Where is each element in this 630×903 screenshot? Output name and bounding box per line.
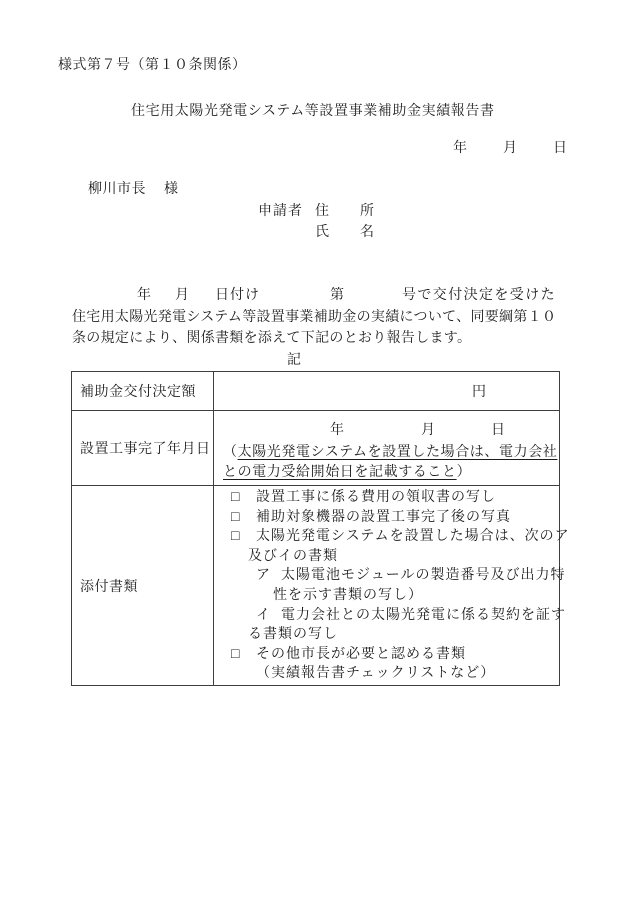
addressee-name: 柳川市長	[88, 178, 146, 198]
body-date-day-label: 日付け	[215, 284, 260, 304]
checkbox-glyph: □	[231, 645, 256, 665]
subitem-kana-label: イ	[256, 606, 281, 626]
checklist-continuation-line: （実績報告書チェックリストなど）	[214, 664, 570, 684]
attachment-checklist: □設置工事に係る費用の領収書の写し□補助対象機器の設置工事完了後の写真□太陽光発…	[214, 486, 570, 685]
amount-unit-label: 円	[472, 381, 487, 401]
paren-open: （	[223, 445, 238, 460]
record-mark: 記	[287, 349, 302, 369]
header-date-month-label: 月	[503, 137, 518, 157]
table-row-grant-amount: 補助金交付決定額 円	[72, 372, 559, 411]
checklist-item-text: その他市長が必要と認める書類	[256, 647, 466, 662]
body-line2-text: 住宅用太陽光発電システム等設置事業補助金の実績について、同要綱第１０	[72, 306, 556, 326]
checklist-item-text: （実績報告書チェックリストなど）	[256, 666, 495, 681]
table-row-completion-date: 設置工事完了年月日 年 月 日 （太陽光発電システムを設置した場合は、電力会社 …	[72, 411, 559, 486]
checkbox-glyph: □	[231, 527, 256, 547]
completion-note-line2: との電力受給開始日を記載すること）	[223, 461, 471, 481]
checklist-continuation-line: る書類の写し	[214, 625, 570, 645]
paren-close: ）	[457, 465, 472, 480]
table-row-attachments: 添付書類 □設置工事に係る費用の領収書の写し□補助対象機器の設置工事完了後の写真…	[72, 486, 559, 685]
checklist-continuation-line: 性を示す書類の写し）	[214, 586, 570, 606]
checklist-item: □その他市長が必要と認める書類	[214, 645, 570, 665]
document-page: 様式第７号（第１０条関係） 住宅用太陽光発電システム等設置事業補助金実績報告書 …	[0, 0, 630, 903]
addressee-honorific: 様	[164, 178, 179, 198]
body-line3-text: 条の規定により、関係書類を添えて下記のとおり報告します。	[72, 327, 471, 347]
checklist-item-text: 電力会社との太陽光発電に係る契約を証す	[281, 608, 566, 623]
checklist-item-text: 性を示す書類の写し）	[273, 588, 423, 603]
checklist-item: □太陽光発電システムを設置した場合は、次のア	[214, 527, 570, 547]
applicant-label: 申請者	[258, 200, 303, 220]
report-table: 補助金交付決定額 円 設置工事完了年月日 年 月 日 （太陽光発電システムを設置…	[71, 371, 560, 686]
row-label-grant-amount: 補助金交付決定額	[72, 372, 214, 410]
form-number: 様式第７号（第１０条関係）	[58, 54, 247, 74]
checklist-item-text: 太陽光発電システムを設置した場合は、次のア	[256, 529, 570, 544]
applicant-name-label-2: 名	[360, 221, 375, 241]
body-number-prefix: 第	[330, 284, 345, 304]
applicant-address-label-2: 所	[360, 200, 375, 220]
checklist-subitem: ア太陽電池モジュールの製造番号及び出力特	[214, 566, 570, 586]
page-title: 住宅用太陽光発電システム等設置事業補助金実績報告書	[131, 100, 495, 120]
checklist-item-text: 補助対象機器の設置工事完了後の写真	[256, 510, 511, 525]
completion-day-label: 日	[491, 419, 506, 439]
applicant-address-label-1: 住	[315, 200, 330, 220]
note-underlined-2: との電力受給開始日を記載すること	[223, 465, 457, 480]
checklist-item: □補助対象機器の設置工事完了後の写真	[214, 508, 570, 528]
checklist-item-text: 太陽電池モジュールの製造番号及び出力特	[281, 568, 565, 583]
row-label-attachments: 添付書類	[72, 486, 214, 685]
checklist-subitem: イ電力会社との太陽光発電に係る契約を証す	[214, 606, 570, 626]
cell-completion-date: 年 月 日 （太陽光発電システムを設置した場合は、電力会社 との電力受給開始日を…	[214, 411, 559, 485]
completion-year-label: 年	[330, 419, 345, 439]
checklist-continuation-line: 及びイの書類	[214, 547, 570, 567]
header-date-day-label: 日	[553, 137, 568, 157]
applicant-name-label-1: 氏	[315, 221, 330, 241]
subitem-kana-label: ア	[256, 566, 281, 586]
checklist-item-text: 設置工事に係る費用の領収書の写し	[256, 490, 496, 505]
completion-note-line1: （太陽光発電システムを設置した場合は、電力会社	[223, 441, 557, 461]
completion-month-label: 月	[421, 419, 436, 439]
checklist-item-text: 及びイの書類	[248, 549, 338, 564]
header-date-year-label: 年	[453, 137, 468, 157]
body-date-month-label: 月	[175, 284, 190, 304]
note-underlined-1: 太陽光発電システムを設置した場合は、電力会社	[238, 445, 558, 460]
row-label-completion-date: 設置工事完了年月日	[72, 411, 214, 485]
checklist-item: □設置工事に係る費用の領収書の写し	[214, 488, 570, 508]
checkbox-glyph: □	[231, 488, 256, 508]
checklist-item-text: る書類の写し	[248, 627, 338, 642]
checkbox-glyph: □	[231, 508, 256, 528]
body-date-year-label: 年	[137, 284, 152, 304]
cell-grant-amount: 円	[214, 372, 559, 410]
body-line1-text: 号で交付決定を受けた	[402, 284, 556, 304]
